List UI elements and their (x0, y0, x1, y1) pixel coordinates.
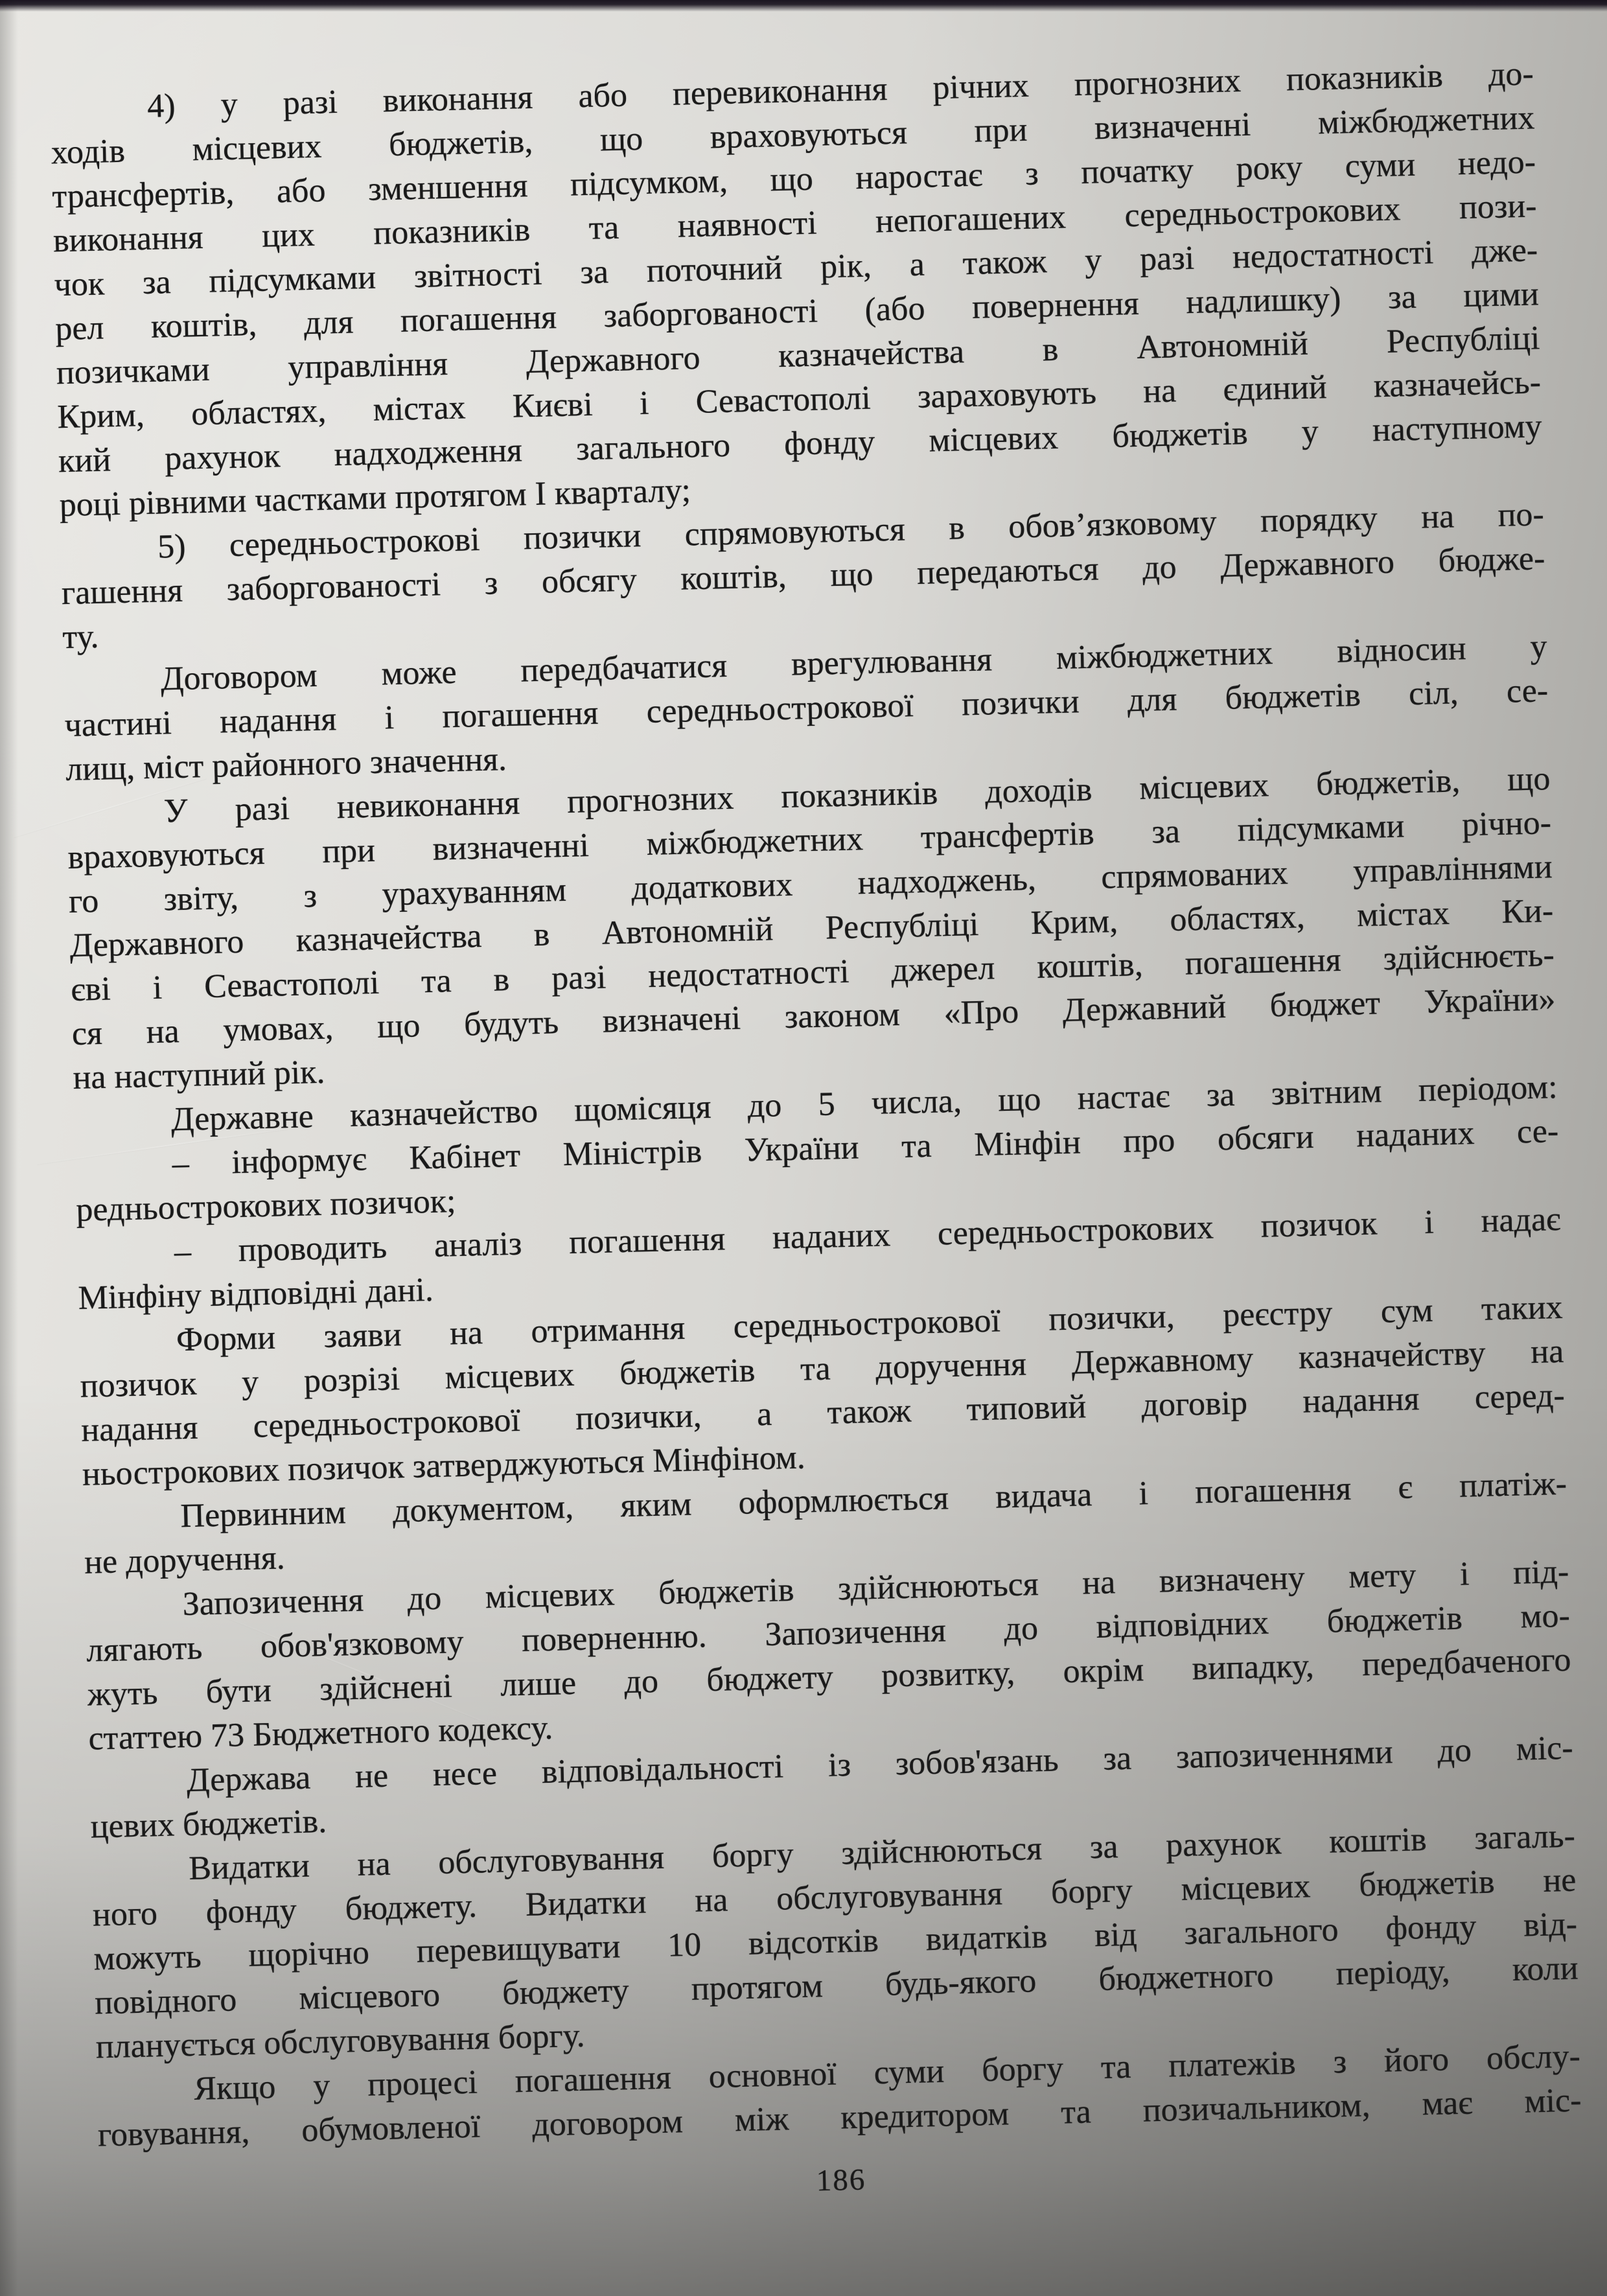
paragraph: У разі невиконання прогнозних показників… (66, 757, 1557, 1100)
page-text: 4) у разі виконання або перевиконання рі… (50, 52, 1582, 2157)
paragraph: Запозичення до місцевих бюджетів здійсню… (85, 1550, 1573, 1761)
page-content: 4) у разі виконання або перевиконання рі… (50, 52, 1584, 2220)
book-page: 4) у разі виконання або перевиконання рі… (0, 0, 1607, 2296)
paragraph: Видатки на обслуговування боргу здійснюю… (91, 1815, 1580, 2070)
page-number: 186 (98, 2141, 1583, 2220)
scanned-page-photo: 4) у разі виконання або перевиконання рі… (0, 0, 1607, 2296)
paragraph: Форми заяви на отримання середньостроков… (78, 1286, 1566, 1497)
paragraph: 4) у разі виконання або перевиконання рі… (50, 52, 1543, 528)
